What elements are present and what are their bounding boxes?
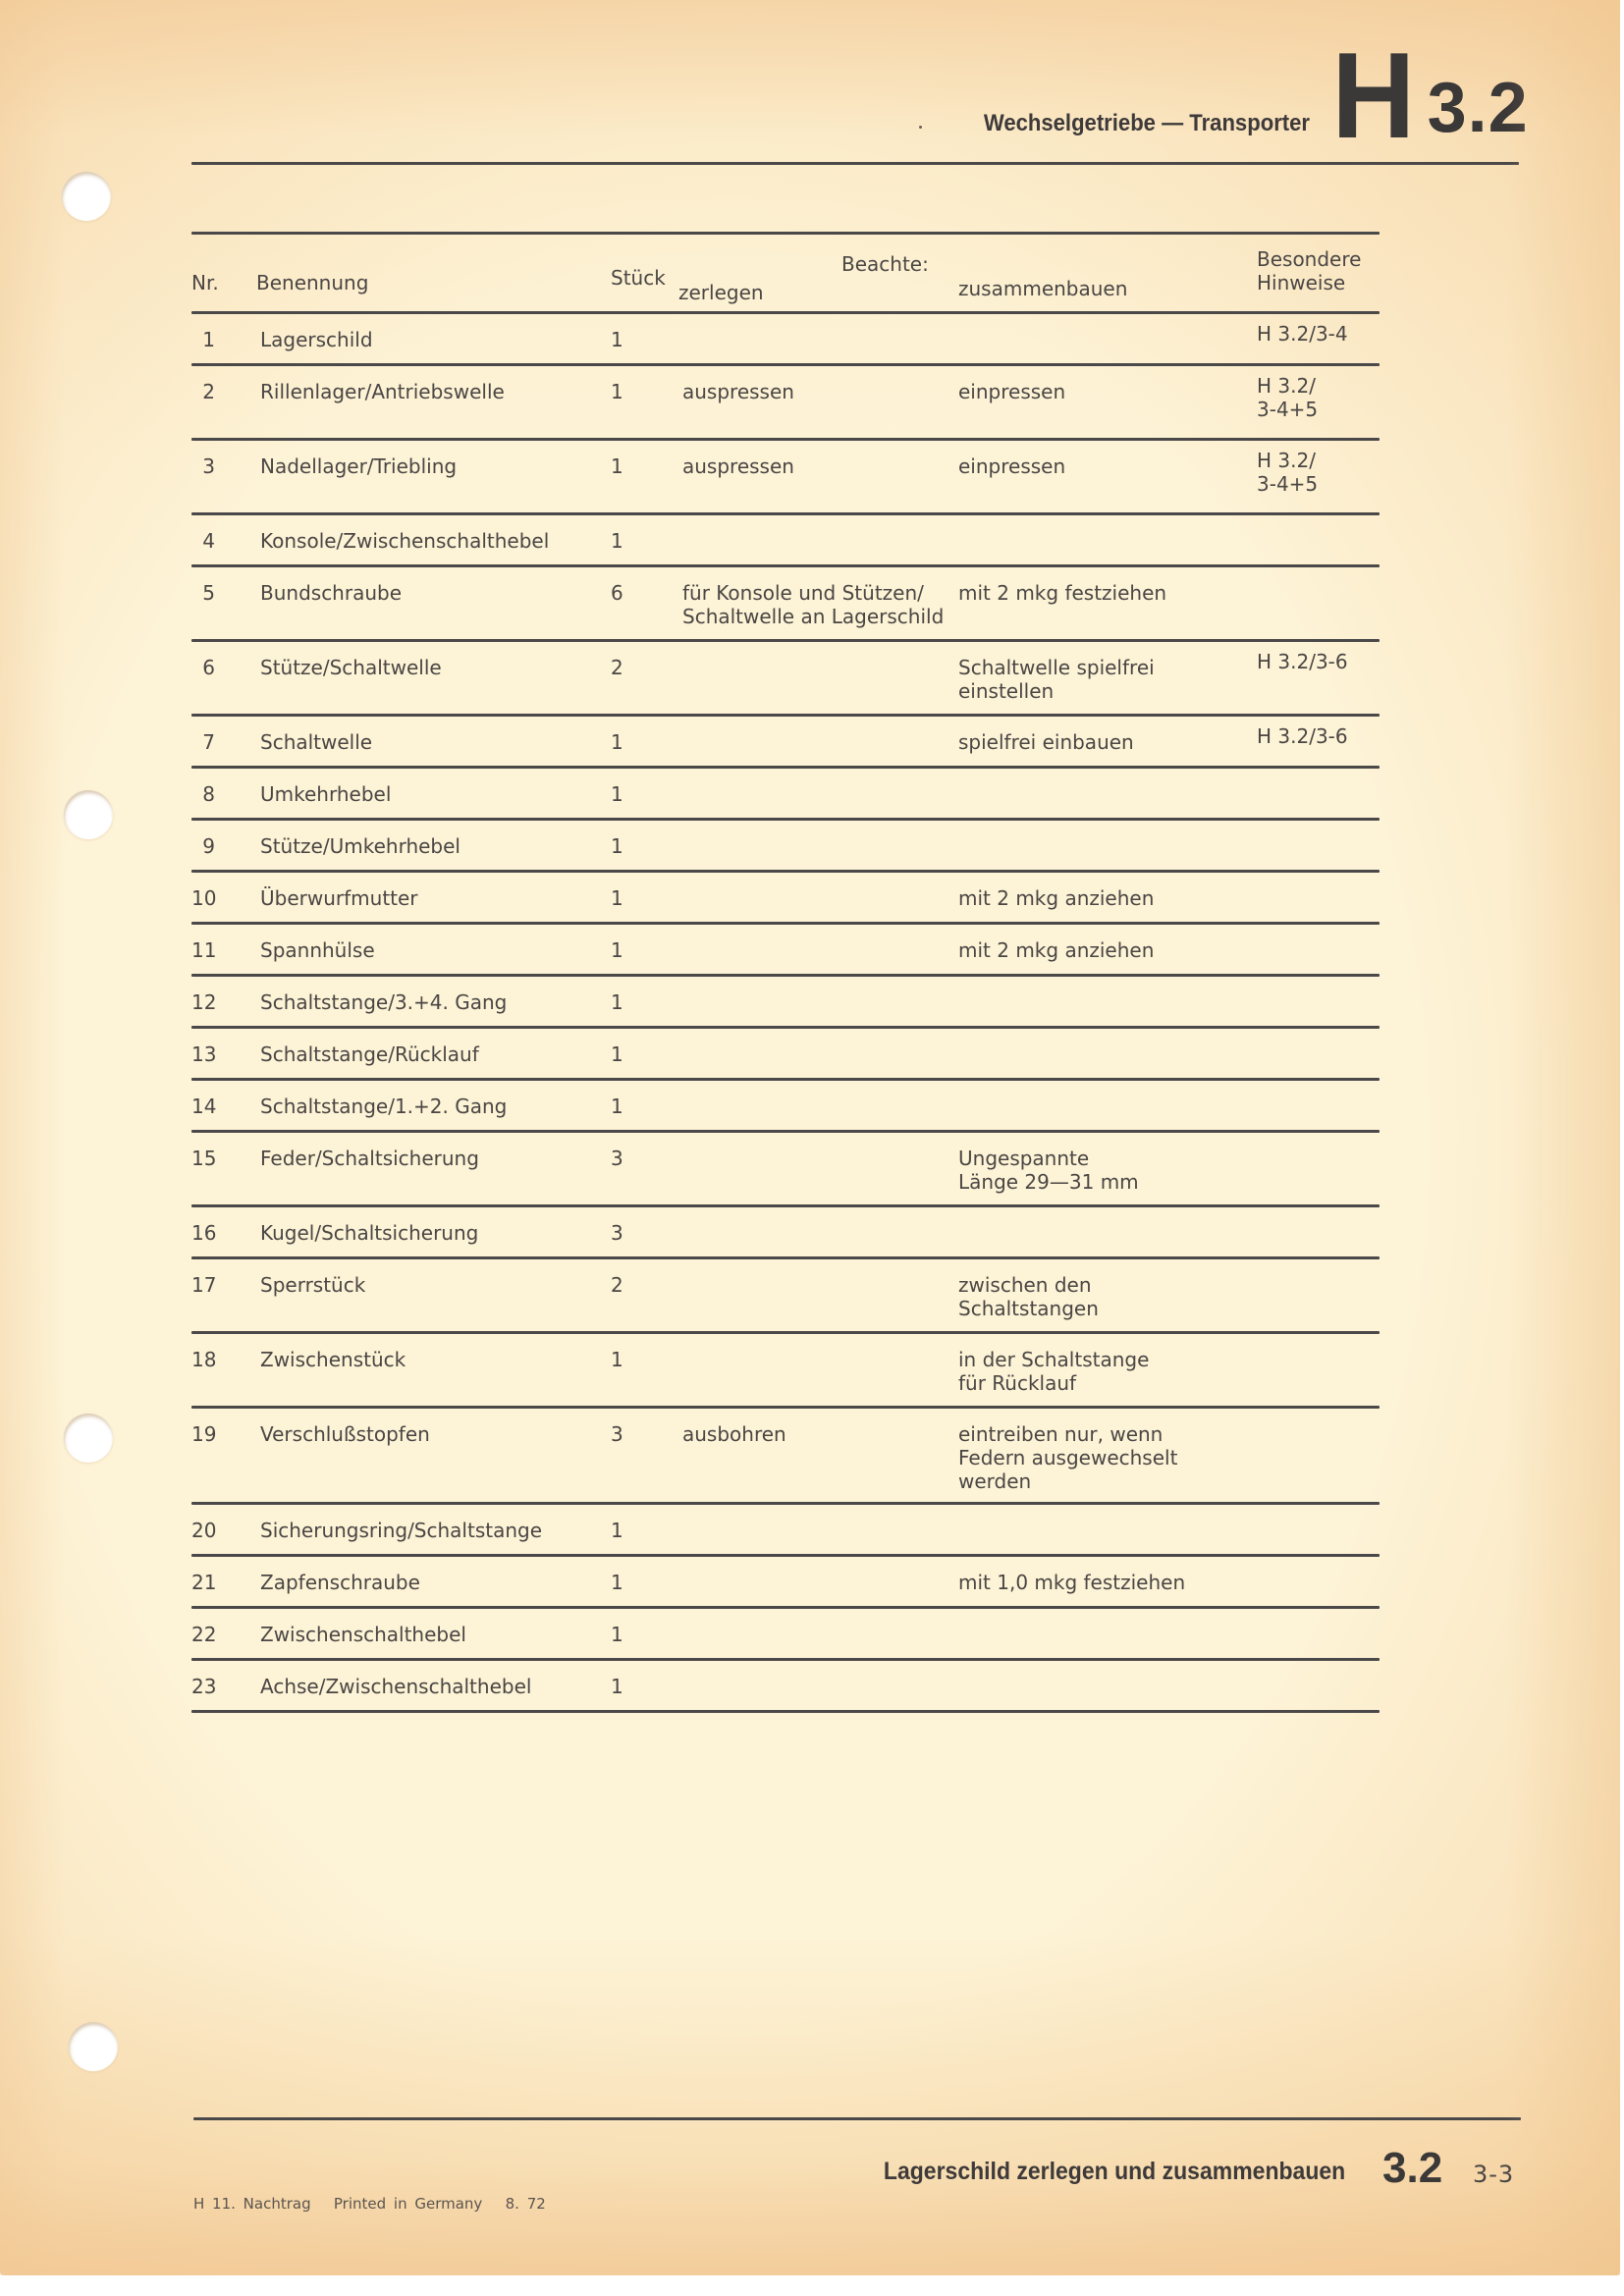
table-row: 3Nadellager/Triebling1auspresseneinpress…: [191, 441, 1380, 512]
cell-nr: 7: [191, 730, 215, 754]
cell-name: Zwischenstück: [260, 1348, 406, 1371]
header-divider: [191, 162, 1519, 165]
imprint-note: H 11. Nachtrag Printed in Germany 8. 72: [193, 2195, 546, 2213]
cell-hinweise: H 3.2/3-4: [1257, 322, 1348, 346]
cell-qty: 1: [611, 886, 623, 910]
cell-nr: 2: [191, 380, 215, 403]
cell-nr: 21: [191, 1571, 215, 1594]
table-row: 4Konsole/Zwischenschalthebel1: [191, 515, 1380, 564]
table-row: 23Achse/Zwischenschalthebel1: [191, 1661, 1380, 1710]
cell-zusammenbauen: zwischen den Schaltstangen: [958, 1273, 1099, 1320]
cell-qty: 3: [611, 1147, 623, 1170]
page-header-title: Wechselgetriebe — Transporter: [984, 110, 1310, 137]
section-code-letter: H: [1331, 47, 1415, 145]
cell-name: Zapfenschraube: [260, 1571, 420, 1594]
column-header-zusammenbauen: zusammenbauen: [958, 277, 1127, 300]
cell-nr: 14: [191, 1095, 215, 1118]
cell-hinweise: H 3.2/3-6: [1257, 650, 1348, 673]
column-header-hinweise-line2: Hinweise: [1257, 271, 1361, 294]
cell-nr: 15: [191, 1147, 215, 1170]
table-row: 17Sperrstück2zwischen den Schaltstangen: [191, 1259, 1380, 1331]
cell-name: Überwurfmutter: [260, 886, 418, 910]
cell-nr: 10: [191, 886, 215, 910]
cell-name: Konsole/Zwischenschalthebel: [260, 529, 549, 553]
table-row: 19Verschlußstopfen3ausbohreneintreiben n…: [191, 1409, 1380, 1502]
cell-hinweise: H 3.2/ 3-4+5: [1257, 449, 1318, 496]
cell-name: Achse/Zwischenschalthebel: [260, 1675, 531, 1698]
cell-qty: 1: [611, 1042, 623, 1066]
cell-zusammenbauen: einpressen: [958, 454, 1065, 478]
cell-nr: 18: [191, 1348, 215, 1371]
cell-name: Zwischenschalthebel: [260, 1623, 466, 1646]
column-header-name: Benennung: [256, 271, 368, 294]
cell-hinweise: H 3.2/3-6: [1257, 724, 1348, 748]
cell-nr: 4: [191, 529, 215, 553]
cell-nr: 17: [191, 1273, 215, 1297]
table-row: 18Zwischenstück1in der Schaltstange für …: [191, 1334, 1380, 1406]
cell-name: Schaltstange/Rücklauf: [260, 1042, 479, 1066]
cell-name: Stütze/Schaltwelle: [260, 656, 442, 679]
column-header-qty: Stück: [611, 266, 666, 290]
cell-name: Kugel/Schaltsicherung: [260, 1221, 478, 1245]
cell-qty: 1: [611, 730, 623, 754]
cell-zusammenbauen: einpressen: [958, 380, 1065, 403]
footer-title: Lagerschild zerlegen und zusammenbauen: [884, 2158, 1345, 2186]
cell-qty: 1: [611, 529, 623, 553]
cell-name: Rillenlager/Antriebswelle: [260, 380, 505, 403]
section-code-number: 3.2: [1428, 73, 1529, 143]
table-row: 22Zwischenschalthebel1: [191, 1609, 1380, 1658]
punch-hole: [69, 2022, 118, 2071]
footer-section-number: 3.2: [1382, 2144, 1442, 2193]
column-header-hinweise: Besondere Hinweise: [1257, 247, 1361, 294]
punch-hole: [64, 790, 113, 839]
table-row: 21Zapfenschraube1mit 1,0 mkg festziehen: [191, 1557, 1380, 1606]
column-header-zerlegen: zerlegen: [678, 281, 764, 304]
cell-qty: 1: [611, 990, 623, 1014]
cell-nr: 19: [191, 1422, 215, 1446]
cell-qty: 3: [611, 1422, 623, 1446]
table-row: 7Schaltwelle1spielfrei einbauenH 3.2/3-6: [191, 717, 1380, 766]
page-number: 3-3: [1473, 2161, 1514, 2188]
document-page: Wechselgetriebe — Transporter H 3.2 Nr. …: [0, 0, 1620, 2275]
cell-qty: 1: [611, 938, 623, 962]
cell-qty: 1: [611, 454, 623, 478]
cell-name: Spannhülse: [260, 938, 375, 962]
cell-qty: 1: [611, 1571, 623, 1594]
cell-zusammenbauen: mit 1,0 mkg festziehen: [958, 1571, 1185, 1594]
cell-nr: 13: [191, 1042, 215, 1066]
cell-name: Stütze/Umkehrhebel: [260, 834, 460, 858]
cell-nr: 20: [191, 1519, 215, 1542]
table-row: 9Stütze/Umkehrhebel1: [191, 821, 1380, 870]
cell-qty: 3: [611, 1221, 623, 1245]
column-header-hinweise-line1: Besondere: [1257, 247, 1361, 271]
footer-divider: [193, 2117, 1521, 2120]
table-row: 16Kugel/Schaltsicherung3: [191, 1207, 1380, 1256]
cell-name: Lagerschild: [260, 328, 373, 351]
cell-hinweise: H 3.2/ 3-4+5: [1257, 374, 1318, 421]
cell-nr: 1: [191, 328, 215, 351]
cell-name: Nadellager/Triebling: [260, 454, 457, 478]
cell-nr: 11: [191, 938, 215, 962]
cell-qty: 1: [611, 328, 623, 351]
cell-nr: 8: [191, 782, 215, 806]
cell-zusammenbauen: in der Schaltstange für Rücklauf: [958, 1348, 1149, 1395]
cell-nr: 9: [191, 834, 215, 858]
cell-name: Schaltwelle: [260, 730, 372, 754]
cell-zusammenbauen: mit 2 mkg anziehen: [958, 938, 1154, 962]
cell-name: Umkehrhebel: [260, 782, 391, 806]
table-row: 14Schaltstange/1.+2. Gang1: [191, 1081, 1380, 1130]
cell-nr: 5: [191, 581, 215, 605]
column-header-nr: Nr.: [191, 271, 219, 294]
cell-zusammenbauen: Schaltwelle spielfrei einstellen: [958, 656, 1155, 703]
cell-name: Feder/Schaltsicherung: [260, 1147, 479, 1170]
cell-qty: 1: [611, 1519, 623, 1542]
cell-qty: 1: [611, 380, 623, 403]
cell-zerlegen: auspressen: [682, 454, 794, 478]
cell-zusammenbauen: eintreiben nur, wenn Federn ausgewechsel…: [958, 1422, 1177, 1493]
column-group-header-beachte: Beachte:: [841, 252, 929, 276]
cell-qty: 1: [611, 1095, 623, 1118]
cell-zerlegen: für Konsole und Stützen/ Schaltwelle an …: [682, 581, 944, 628]
table-row: 11Spannhülse1mit 2 mkg anziehen: [191, 925, 1380, 974]
cell-qty: 1: [611, 782, 623, 806]
table-row: 1Lagerschild1H 3.2/3-4: [191, 314, 1380, 363]
cell-zusammenbauen: mit 2 mkg anziehen: [958, 886, 1154, 910]
speck-mark: [919, 126, 922, 129]
cell-zerlegen: auspressen: [682, 380, 794, 403]
parts-table: Nr. Benennung Stück Beachte: zerlegen zu…: [191, 232, 1380, 1713]
table-row: 15Feder/Schaltsicherung3Ungespannte Läng…: [191, 1133, 1380, 1204]
table-row: 13Schaltstange/Rücklauf1: [191, 1029, 1380, 1078]
table-row: 5Bundschraube6für Konsole und Stützen/ S…: [191, 567, 1380, 639]
cell-nr: 23: [191, 1675, 215, 1698]
table-row: 2Rillenlager/Antriebswelle1auspressenein…: [191, 366, 1380, 438]
table-header: Nr. Benennung Stück Beachte: zerlegen zu…: [191, 235, 1380, 311]
table-body: 1Lagerschild1H 3.2/3-42Rillenlager/Antri…: [191, 314, 1380, 1713]
table-row: 12Schaltstange/3.+4. Gang1: [191, 977, 1380, 1026]
cell-nr: 16: [191, 1221, 215, 1245]
table-row: 10Überwurfmutter1mit 2 mkg anziehen: [191, 873, 1380, 922]
cell-zusammenbauen: mit 2 mkg festziehen: [958, 581, 1166, 605]
cell-zerlegen: ausbohren: [682, 1422, 786, 1446]
table-row: 20Sicherungsring/Schaltstange1: [191, 1505, 1380, 1554]
cell-name: Bundschraube: [260, 581, 402, 605]
cell-name: Schaltstange/3.+4. Gang: [260, 990, 507, 1014]
row-divider: [191, 1710, 1380, 1713]
cell-qty: 2: [611, 1273, 623, 1297]
cell-nr: 12: [191, 990, 215, 1014]
cell-zusammenbauen: Ungespannte Länge 29—31 mm: [958, 1147, 1139, 1194]
cell-name: Sicherungsring/Schaltstange: [260, 1519, 542, 1542]
punch-hole: [64, 1414, 113, 1463]
punch-hole: [62, 172, 111, 221]
table-row: 6Stütze/Schaltwelle2Schaltwelle spielfre…: [191, 642, 1380, 714]
table-row: 8Umkehrhebel1: [191, 769, 1380, 818]
cell-qty: 1: [611, 1675, 623, 1698]
cell-qty: 1: [611, 834, 623, 858]
cell-zusammenbauen: spielfrei einbauen: [958, 730, 1134, 754]
cell-qty: 1: [611, 1623, 623, 1646]
cell-qty: 1: [611, 1348, 623, 1371]
cell-qty: 6: [611, 581, 623, 605]
cell-name: Sperrstück: [260, 1273, 365, 1297]
section-code: H 3.2: [1329, 47, 1529, 145]
cell-name: Schaltstange/1.+2. Gang: [260, 1095, 507, 1118]
cell-nr: 6: [191, 656, 215, 679]
cell-nr: 22: [191, 1623, 215, 1646]
cell-name: Verschlußstopfen: [260, 1422, 430, 1446]
cell-nr: 3: [191, 454, 215, 478]
cell-qty: 2: [611, 656, 623, 679]
